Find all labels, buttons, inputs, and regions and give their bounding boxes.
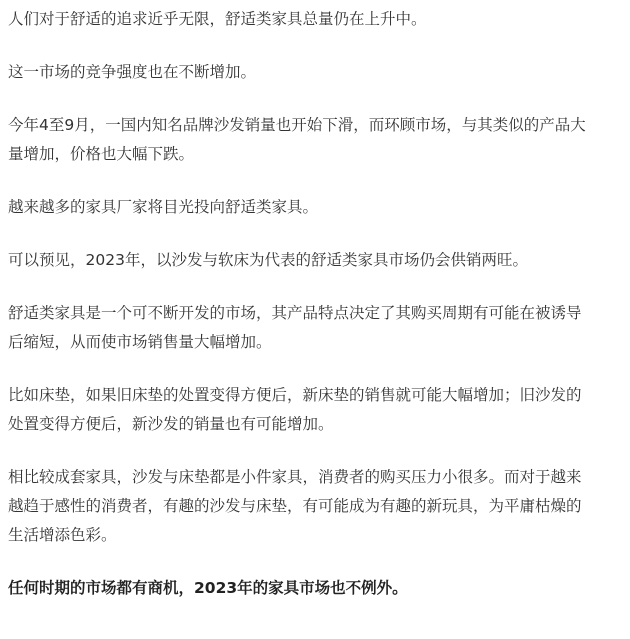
paragraph-7: 比如床垫，如果旧床垫的处置变得方便后，新床垫的销售就可能大幅增加；旧沙发的处置变… bbox=[8, 381, 593, 439]
paragraph-6: 舒适类家具是一个可不断开发的市场，其产品特点决定了其购买周期有可能在被诱导后缩短… bbox=[8, 299, 593, 357]
paragraph-4: 越来越多的家具厂家将目光投向舒适类家具。 bbox=[8, 193, 593, 222]
paragraph-2: 这一市场的竞争强度也在不断增加。 bbox=[8, 58, 593, 87]
paragraph-3: 今年4至9月，一国内知名品牌沙发销量也开始下滑，而环顾市场，与其类似的产品大量增… bbox=[8, 111, 593, 169]
article-body: 人们对于舒适的追求近乎无限，舒适类家具总量仍在上升中。 这一市场的竞争强度也在不… bbox=[0, 0, 593, 603]
paragraph-8: 相比较成套家具，沙发与床垫都是小件家具，消费者的购买压力小很多。而对于越来越趋于… bbox=[8, 463, 593, 550]
paragraph-conclusion-bold: 任何时期的市场都有商机，2023年的家具市场也不例外。 bbox=[8, 574, 593, 603]
paragraph-5: 可以预见，2023年，以沙发与软床为代表的舒适类家具市场仍会供销两旺。 bbox=[8, 246, 593, 275]
paragraph-1: 人们对于舒适的追求近乎无限，舒适类家具总量仍在上升中。 bbox=[8, 5, 593, 34]
